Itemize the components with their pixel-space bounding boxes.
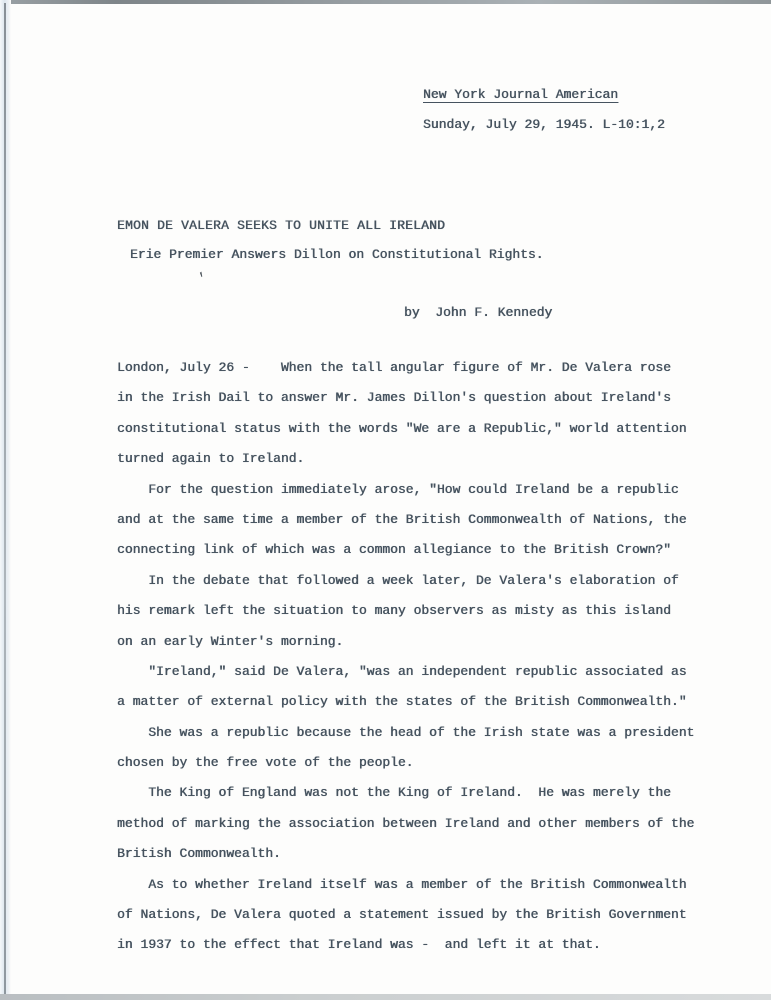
paragraph: As to whether Ireland itself was a membe… bbox=[117, 870, 717, 961]
text-line: and at the same time a member of the Bri… bbox=[117, 505, 717, 535]
text-line: chosen by the free vote of the people. bbox=[117, 748, 717, 778]
masthead: New York Journal American Sunday, July 2… bbox=[423, 80, 665, 140]
text-line: As to whether Ireland itself was a membe… bbox=[117, 870, 717, 900]
text-line: turned again to Ireland. bbox=[117, 444, 717, 474]
text-line: London, July 26 - When the tall angular … bbox=[117, 353, 717, 383]
text-line: in 1937 to the effect that Ireland was -… bbox=[117, 930, 717, 960]
paragraph: For the question immediately arose, "How… bbox=[117, 475, 717, 566]
scan-edge-bottom bbox=[0, 994, 771, 1000]
text-line: in the Irish Dail to answer Mr. James Di… bbox=[117, 383, 717, 413]
scan-edge-top bbox=[0, 0, 771, 4]
paragraph: London, July 26 - When the tall angular … bbox=[117, 353, 717, 475]
stray-pencil-mark: , bbox=[192, 261, 209, 279]
text-line: connecting link of which was a common al… bbox=[117, 535, 717, 565]
text-line: constitutional status with the words "We… bbox=[117, 414, 717, 444]
text-line: method of marking the association betwee… bbox=[117, 809, 717, 839]
text-line: of Nations, De Valera quoted a statement… bbox=[117, 900, 717, 930]
text-line: In the debate that followed a week later… bbox=[117, 566, 717, 596]
paragraph: She was a republic because the head of t… bbox=[117, 718, 717, 779]
text-line: British Commonwealth. bbox=[117, 839, 717, 869]
text-line: a matter of external policy with the sta… bbox=[117, 687, 717, 717]
subheadline: Erie Premier Answers Dillon on Constitut… bbox=[130, 247, 543, 262]
text-line: on an early Winter's morning. bbox=[117, 627, 717, 657]
document-page: New York Journal American Sunday, July 2… bbox=[0, 0, 771, 1000]
text-line: For the question immediately arose, "How… bbox=[117, 475, 717, 505]
text-line: The King of England was not the King of … bbox=[117, 778, 717, 808]
paragraph: The King of England was not the King of … bbox=[117, 778, 717, 869]
byline: by John F. Kennedy bbox=[404, 305, 552, 320]
text-line: "Ireland," said De Valera, "was an indep… bbox=[117, 657, 717, 687]
headline: EMON DE VALERA SEEKS TO UNITE ALL IRELAN… bbox=[117, 218, 445, 233]
article-body: London, July 26 - When the tall angular … bbox=[117, 353, 717, 961]
text-line: his remark left the situation to many ob… bbox=[117, 596, 717, 626]
dateline: Sunday, July 29, 1945. L-10:1,2 bbox=[423, 110, 665, 140]
paragraph: "Ireland," said De Valera, "was an indep… bbox=[117, 657, 717, 718]
paragraph: In the debate that followed a week later… bbox=[117, 566, 717, 657]
publication-name: New York Journal American bbox=[423, 80, 665, 110]
text-line: She was a republic because the head of t… bbox=[117, 718, 717, 748]
scan-edge-left-line bbox=[4, 3, 6, 997]
